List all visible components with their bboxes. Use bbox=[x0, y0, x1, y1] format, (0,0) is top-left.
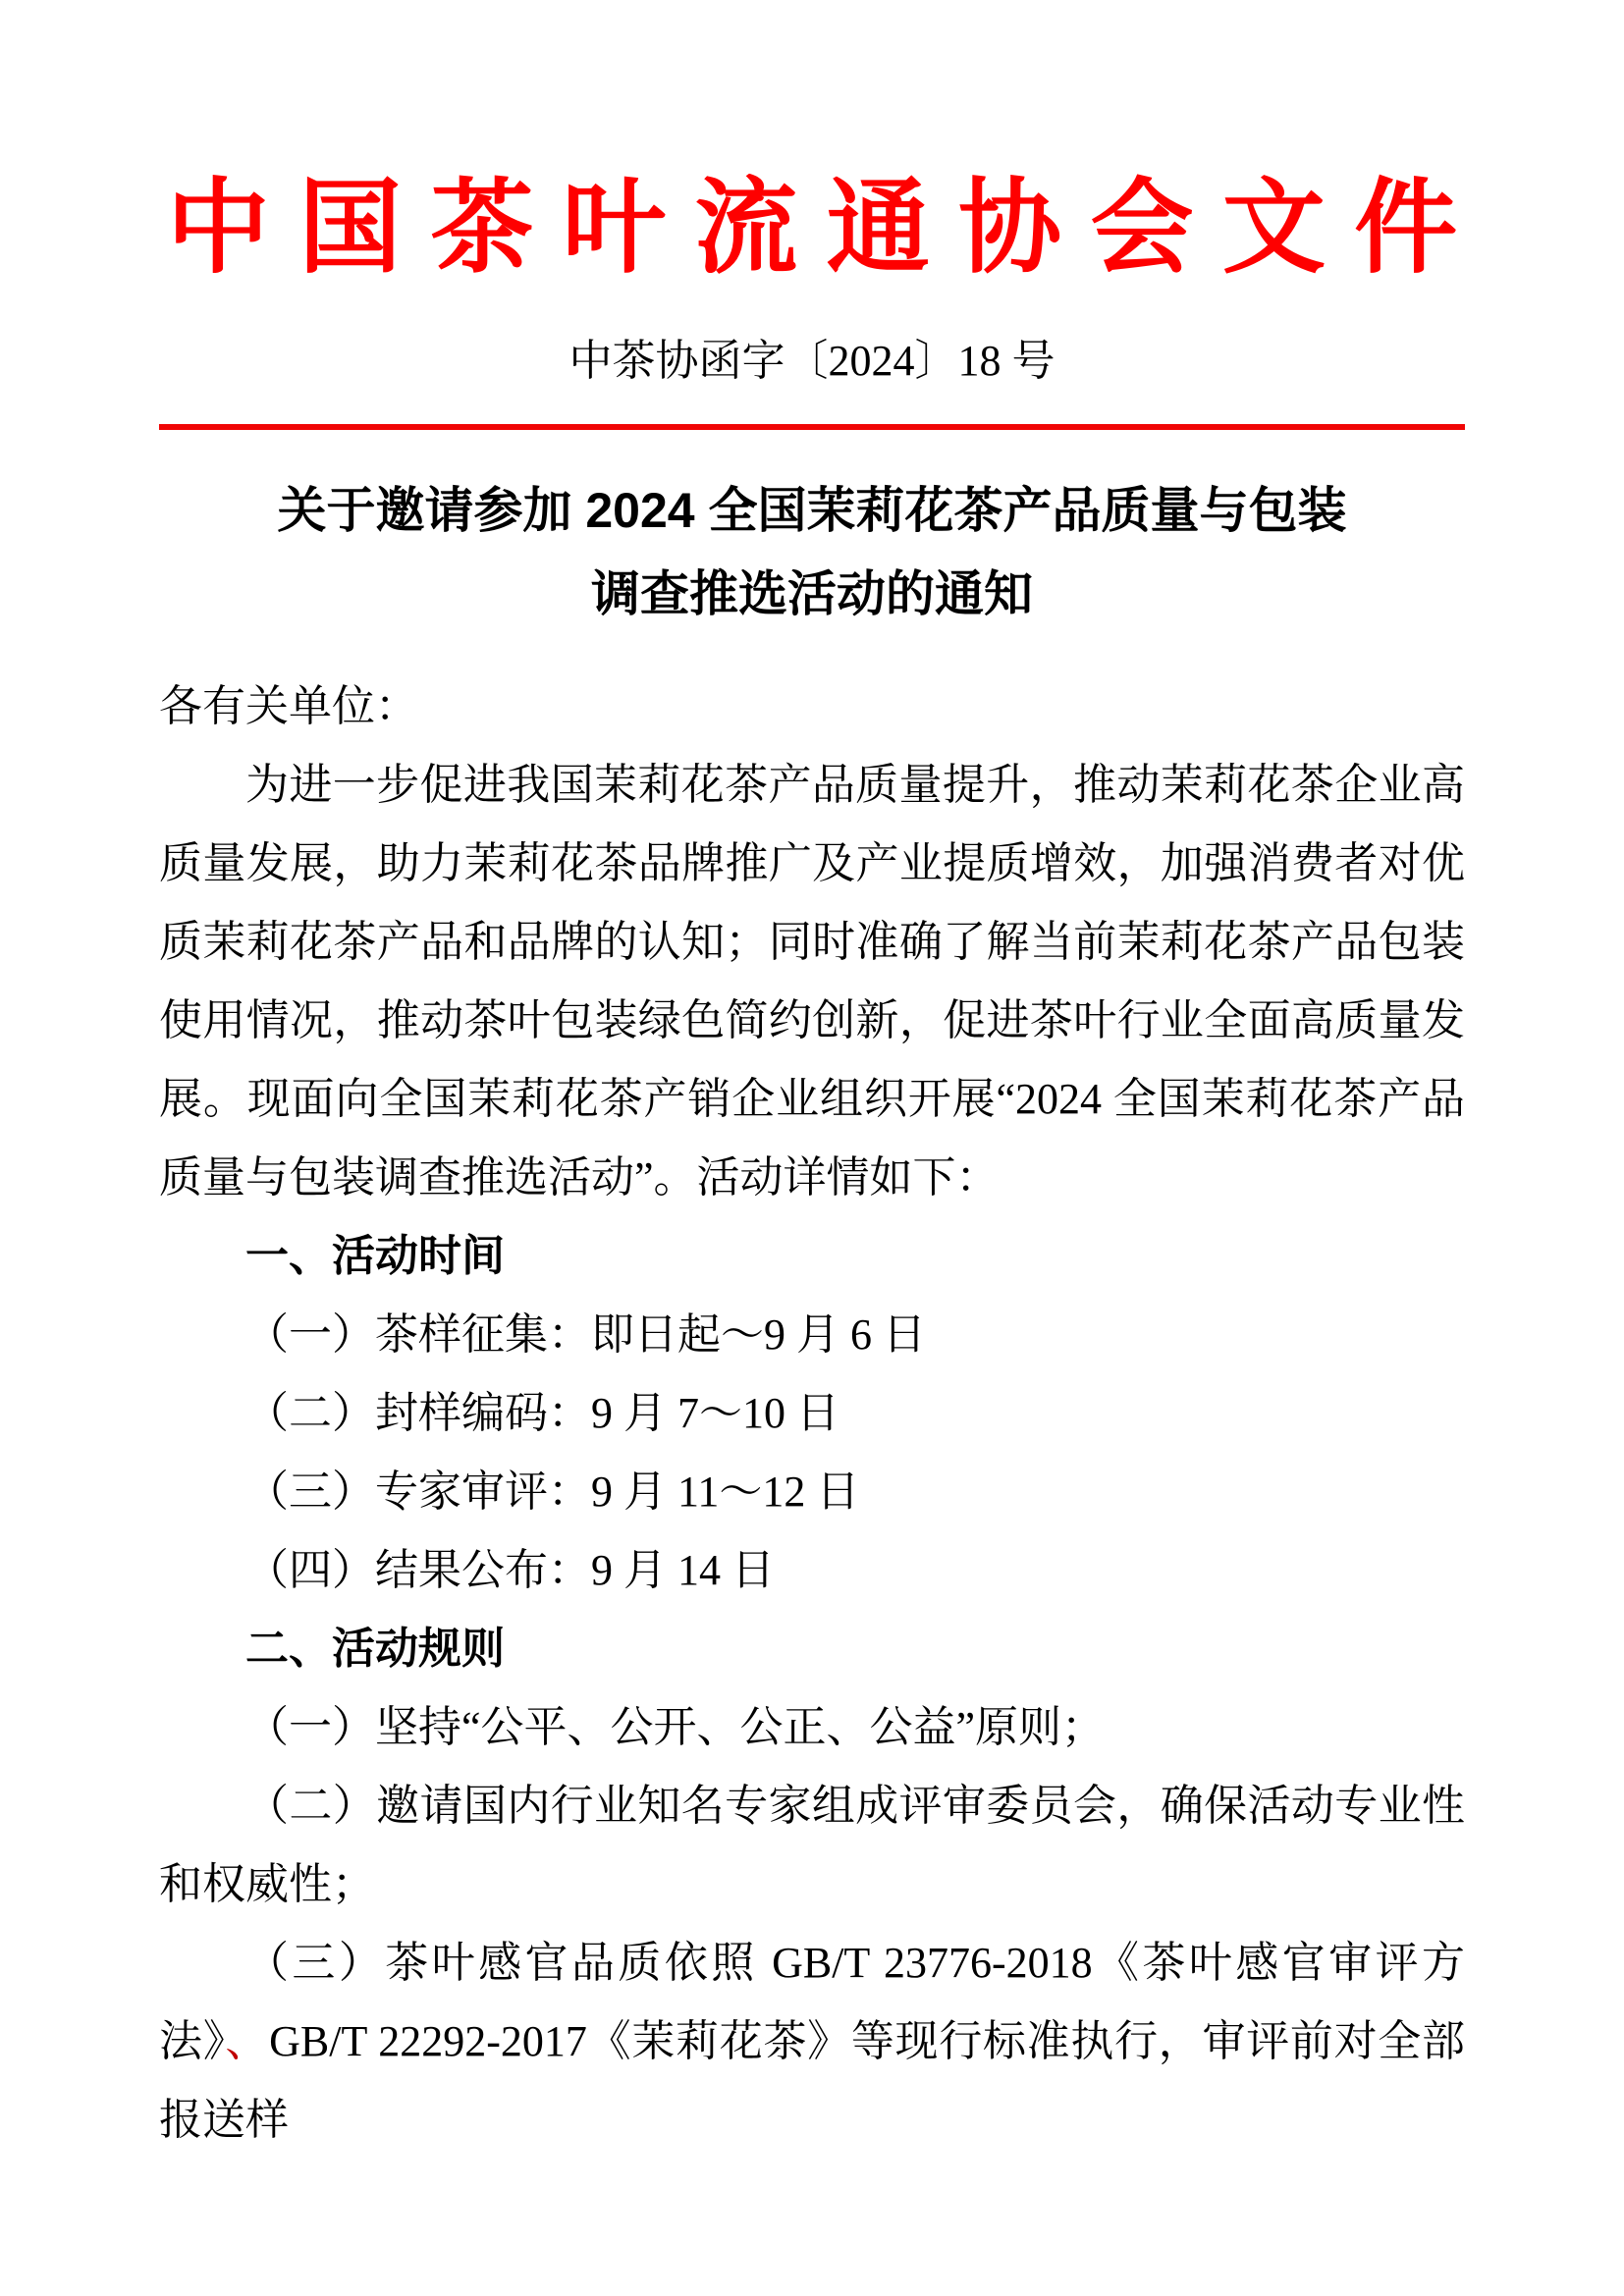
section2-heading: 二、活动规则 bbox=[159, 1610, 1465, 1688]
letterhead-org-title: 中国茶叶流通协会文件 bbox=[159, 167, 1493, 291]
doc-number: 中茶协函字〔2024〕18 号 bbox=[159, 332, 1465, 391]
document-page: 中国茶叶流通协会文件 中茶协函字〔2024〕18 号 关于邀请参加 2024 全… bbox=[0, 0, 1624, 2296]
document-body: 各有关单位： 为进一步促进我国茉莉花茶产品质量提升，推动茉莉花茶企业高质量发展，… bbox=[159, 667, 1465, 2160]
schedule-item-sealing-coding: （二）封样编码：9 月 7～10 日 bbox=[159, 1374, 1465, 1453]
schedule-item-sample-collection: （一）茶样征集：即日起～9 月 6 日 bbox=[159, 1296, 1465, 1374]
section1-heading: 一、活动时间 bbox=[159, 1217, 1465, 1296]
schedule-item-result-announcement: （四）结果公布：9 月 14 日 bbox=[159, 1531, 1465, 1610]
document-title: 关于邀请参加 2024 全国茉莉花茶产品质量与包装 调查推选活动的通知 bbox=[159, 469, 1465, 636]
rule-item-standards-red-punct: 、 bbox=[225, 2017, 269, 2065]
salutation: 各有关单位： bbox=[159, 667, 1465, 746]
intro-paragraph: 为进一步促进我国茉莉花茶产品质量提升，推动茉莉花茶企业高质量发展，助力茉莉花茶品… bbox=[159, 746, 1465, 1217]
document-title-line2: 调查推选活动的通知 bbox=[159, 553, 1465, 636]
rule-item-principles: （一）坚持“公平、公开、公正、公益”原则； bbox=[159, 1688, 1465, 1767]
schedule-item-expert-review: （三）专家审评：9 月 11～12 日 bbox=[159, 1453, 1465, 1531]
rule-item-expert-committee: （二）邀请国内行业知名专家组成评审委员会，确保活动专业性和权威性； bbox=[159, 1767, 1465, 1924]
rule-item-standards-part2: GB/T 22292-2017《茉莉花茶》等现行标准执行，审评前对全部报送样 bbox=[159, 2017, 1465, 2144]
rule-item-standards: （三）茶叶感官品质依照 GB/T 23776-2018《茶叶感官审评方法》、GB… bbox=[159, 1924, 1465, 2160]
document-title-line1: 关于邀请参加 2024 全国茉莉花茶产品质量与包装 bbox=[159, 469, 1465, 553]
red-divider-line bbox=[159, 424, 1465, 430]
